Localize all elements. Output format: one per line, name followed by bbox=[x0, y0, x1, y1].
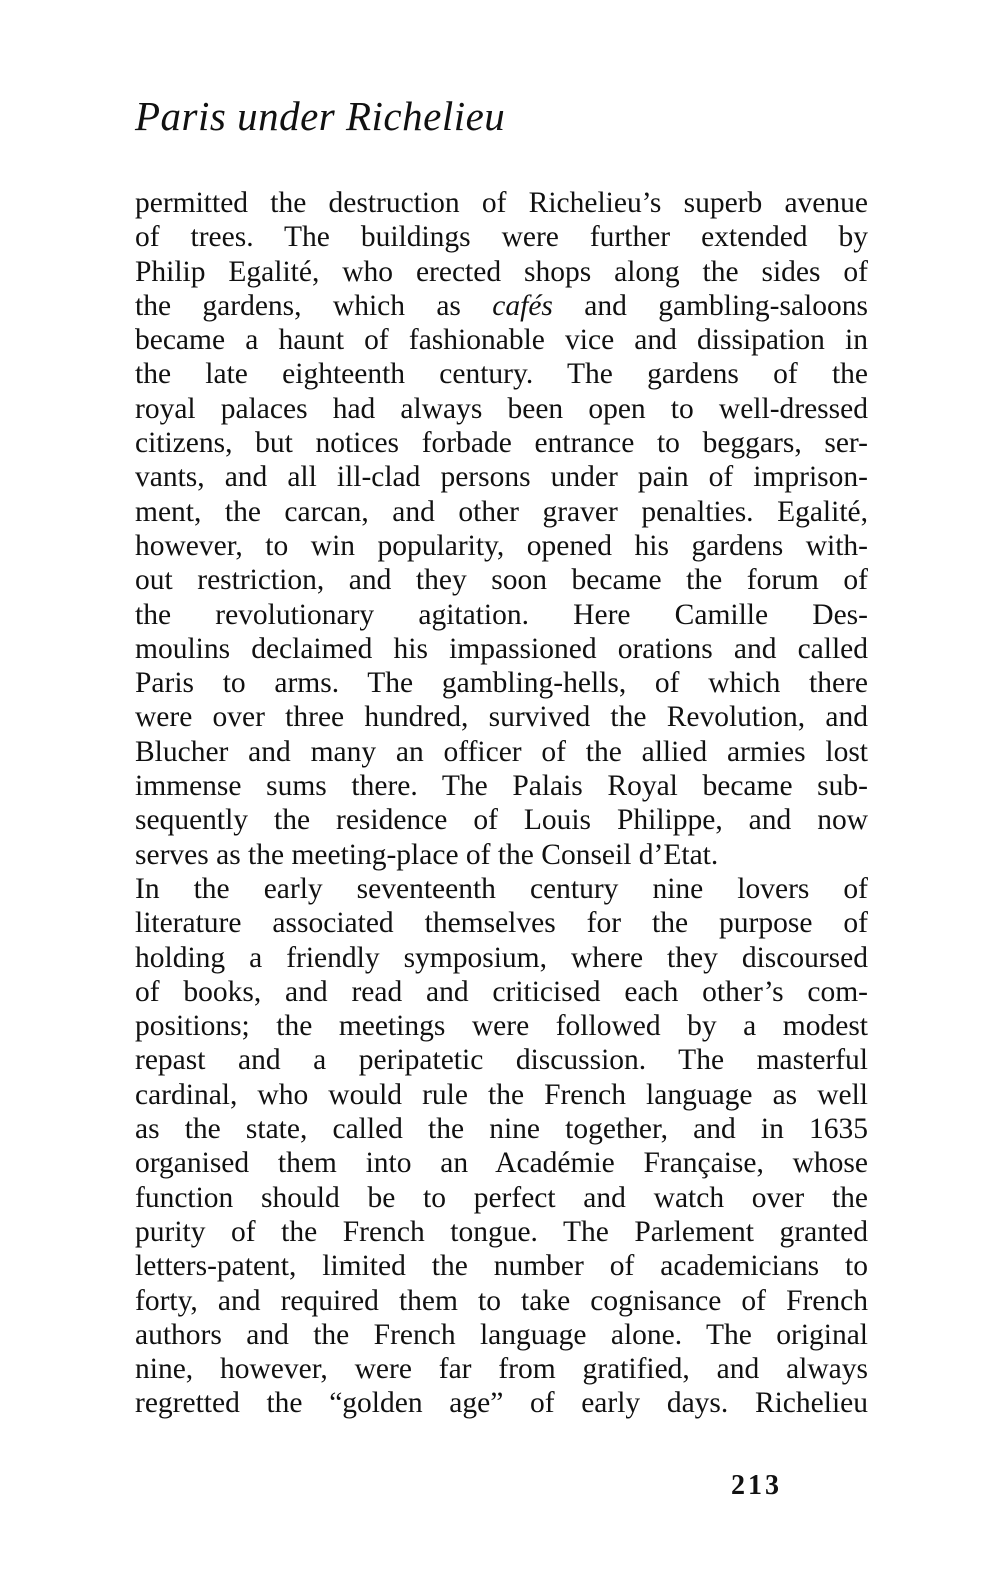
text-line: regretted the “golden age” of early days… bbox=[135, 1386, 868, 1420]
text-line: the gardens, which as cafés and gambling… bbox=[135, 289, 868, 323]
text-line: Philip Egalité, who erected shops along … bbox=[135, 255, 868, 289]
text-line: were over three hundred, survived the Re… bbox=[135, 700, 868, 734]
text-line: the late eighteenth century. The gardens… bbox=[135, 357, 868, 391]
text-line: purity of the French tongue. The Parleme… bbox=[135, 1215, 868, 1249]
text-line: repast and a peripatetic discussion. The… bbox=[135, 1043, 868, 1077]
text-line: became a haunt of fashionable vice and d… bbox=[135, 323, 868, 357]
text-line: citizens, but notices forbade entrance t… bbox=[135, 426, 868, 460]
text-line: ment, the carcan, and other graver penal… bbox=[135, 495, 868, 529]
text-line-paragraph-end: serves as the meeting-place of the Conse… bbox=[135, 838, 868, 872]
book-page: Paris under Richelieu permitted the dest… bbox=[0, 0, 1000, 1575]
text-line: however, to win popularity, opened his g… bbox=[135, 529, 868, 563]
text-line: organised them into an Académie Français… bbox=[135, 1146, 868, 1180]
text-line: as the state, called the nine together, … bbox=[135, 1112, 868, 1146]
text-line: Paris to arms. The gambling-hells, of wh… bbox=[135, 666, 868, 700]
text-line: of books, and read and criticised each o… bbox=[135, 975, 868, 1009]
text-line: authors and the French language alone. T… bbox=[135, 1318, 868, 1352]
text-line: permitted the destruction of Richelieu’s… bbox=[135, 186, 868, 220]
text-line: immense sums there. The Palais Royal bec… bbox=[135, 769, 868, 803]
body-text: permitted the destruction of Richelieu’s… bbox=[135, 186, 868, 1421]
text-line-paragraph-start: In the early seventeenth century nine lo… bbox=[135, 872, 868, 906]
text-line: sequently the residence of Louis Philipp… bbox=[135, 803, 868, 837]
text-line: royal palaces had always been open to we… bbox=[135, 392, 868, 426]
text-line: forty, and required them to take cognisa… bbox=[135, 1284, 868, 1318]
page-number: 213 bbox=[731, 1470, 782, 1502]
text-line: vants, and all ill-clad persons under pa… bbox=[135, 460, 868, 494]
text-line: of trees. The buildings were further ext… bbox=[135, 220, 868, 254]
text-line: literature associated themselves for the… bbox=[135, 906, 868, 940]
text-line: function should be to perfect and watch … bbox=[135, 1181, 868, 1215]
italic-word: cafés bbox=[492, 290, 553, 322]
text-line: the revolutionary agitation. Here Camill… bbox=[135, 598, 868, 632]
text-line: letters-patent, limited the number of ac… bbox=[135, 1249, 868, 1283]
text-line: moulins declaimed his impassioned oratio… bbox=[135, 632, 868, 666]
text-line: Blucher and many an officer of the allie… bbox=[135, 735, 868, 769]
text-line: positions; the meetings were followed by… bbox=[135, 1009, 868, 1043]
text-line: holding a friendly symposium, where they… bbox=[135, 941, 868, 975]
running-head: Paris under Richelieu bbox=[135, 96, 505, 137]
text-line: cardinal, who would rule the French lang… bbox=[135, 1078, 868, 1112]
text-line: out restriction, and they soon became th… bbox=[135, 563, 868, 597]
text-line: nine, however, were far from gratified, … bbox=[135, 1352, 868, 1386]
